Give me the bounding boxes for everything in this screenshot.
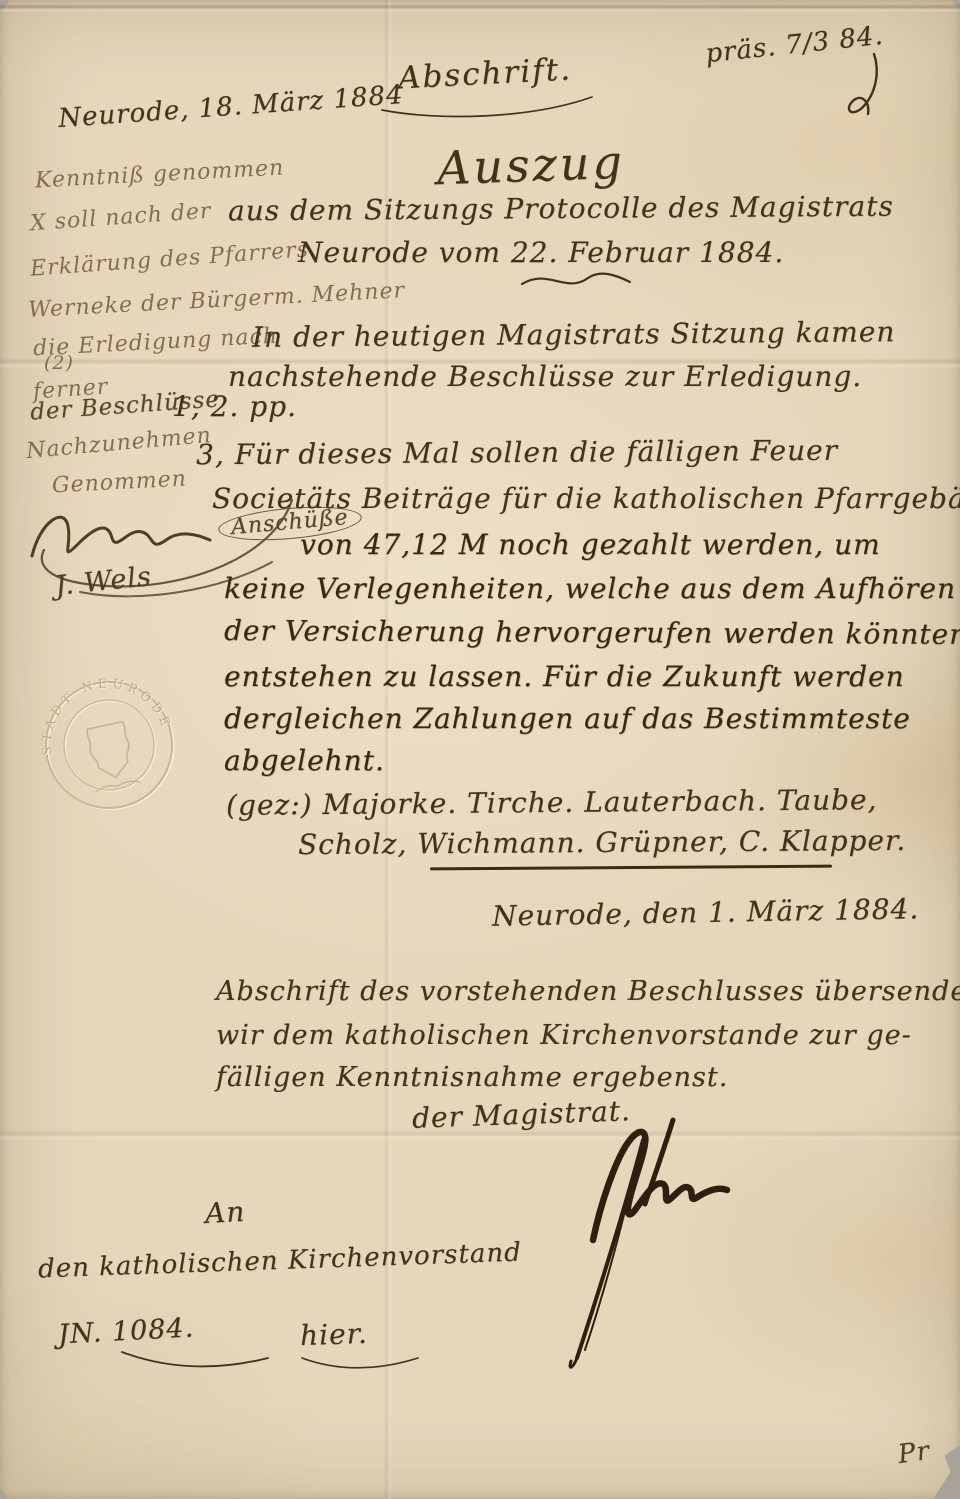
body-line: nachstehende Beschlüsse zur Erledigung.: [228, 360, 862, 393]
body-line: Societäts Beiträge für die katholischen …: [212, 482, 960, 515]
body-line: 3, Für dieses Mal sollen die fälligen Fe…: [196, 434, 838, 471]
body-line: der Versicherung hervorgerufen werden kö…: [224, 614, 960, 651]
excerpt-heading: Auszug: [436, 135, 626, 196]
scanned-letter: präs. 7/3 84. Abschrift. Neurode, 18. Mä…: [0, 0, 960, 1499]
body-line: entstehen zu lassen. Für die Zukunft wer…: [224, 660, 905, 693]
closing-line: wir dem katholischen Kirchenvorstande zu…: [216, 1020, 912, 1051]
body-line: von 47,12 M noch gezahlt werden, um: [300, 528, 881, 561]
mayor-signature: [505, 1118, 785, 1380]
body-line: dergleichen Zahlungen auf das Bestimmtes…: [224, 702, 911, 735]
praesentatum-flourish: [840, 52, 884, 126]
closing-line: Abschrift des vorstehenden Beschlusses ü…: [216, 976, 960, 1007]
body-line: In der heutigen Magistrats Sitzung kamen: [252, 315, 896, 354]
date-flourish: [520, 268, 632, 294]
body-line: aus dem Sitzungs Protocolle des Magistra…: [228, 190, 894, 228]
signers-line: Scholz, Wichmann. Grüpner, C. Klapper.: [298, 824, 906, 861]
body-line: Neurode vom 22. Februar 1884.: [298, 236, 784, 269]
journal-flourish: [120, 1348, 270, 1372]
copy-heading-underline: [378, 94, 596, 122]
city-seal: STADT NEURODE STADT NEURODE: [20, 656, 198, 834]
address-salutation: An: [204, 1195, 246, 1230]
fold-crease-top: [0, 4, 960, 13]
signers-line: (gez:) Majorke. Tirche. Lauterbach. Taub…: [226, 783, 878, 822]
body-line: abgelehnt.: [224, 744, 385, 777]
body-line: keine Verlegenheiten, welche aus dem Auf…: [224, 572, 956, 605]
corner-initials: Pr: [896, 1436, 932, 1470]
address-place: hier.: [299, 1317, 368, 1352]
margin-note: (2): [44, 352, 74, 374]
body-line: 1, 2. pp.: [172, 390, 297, 423]
place-flourish: [300, 1352, 420, 1374]
closing-line: fälligen Kenntnisnahme ergebenst.: [216, 1062, 728, 1093]
